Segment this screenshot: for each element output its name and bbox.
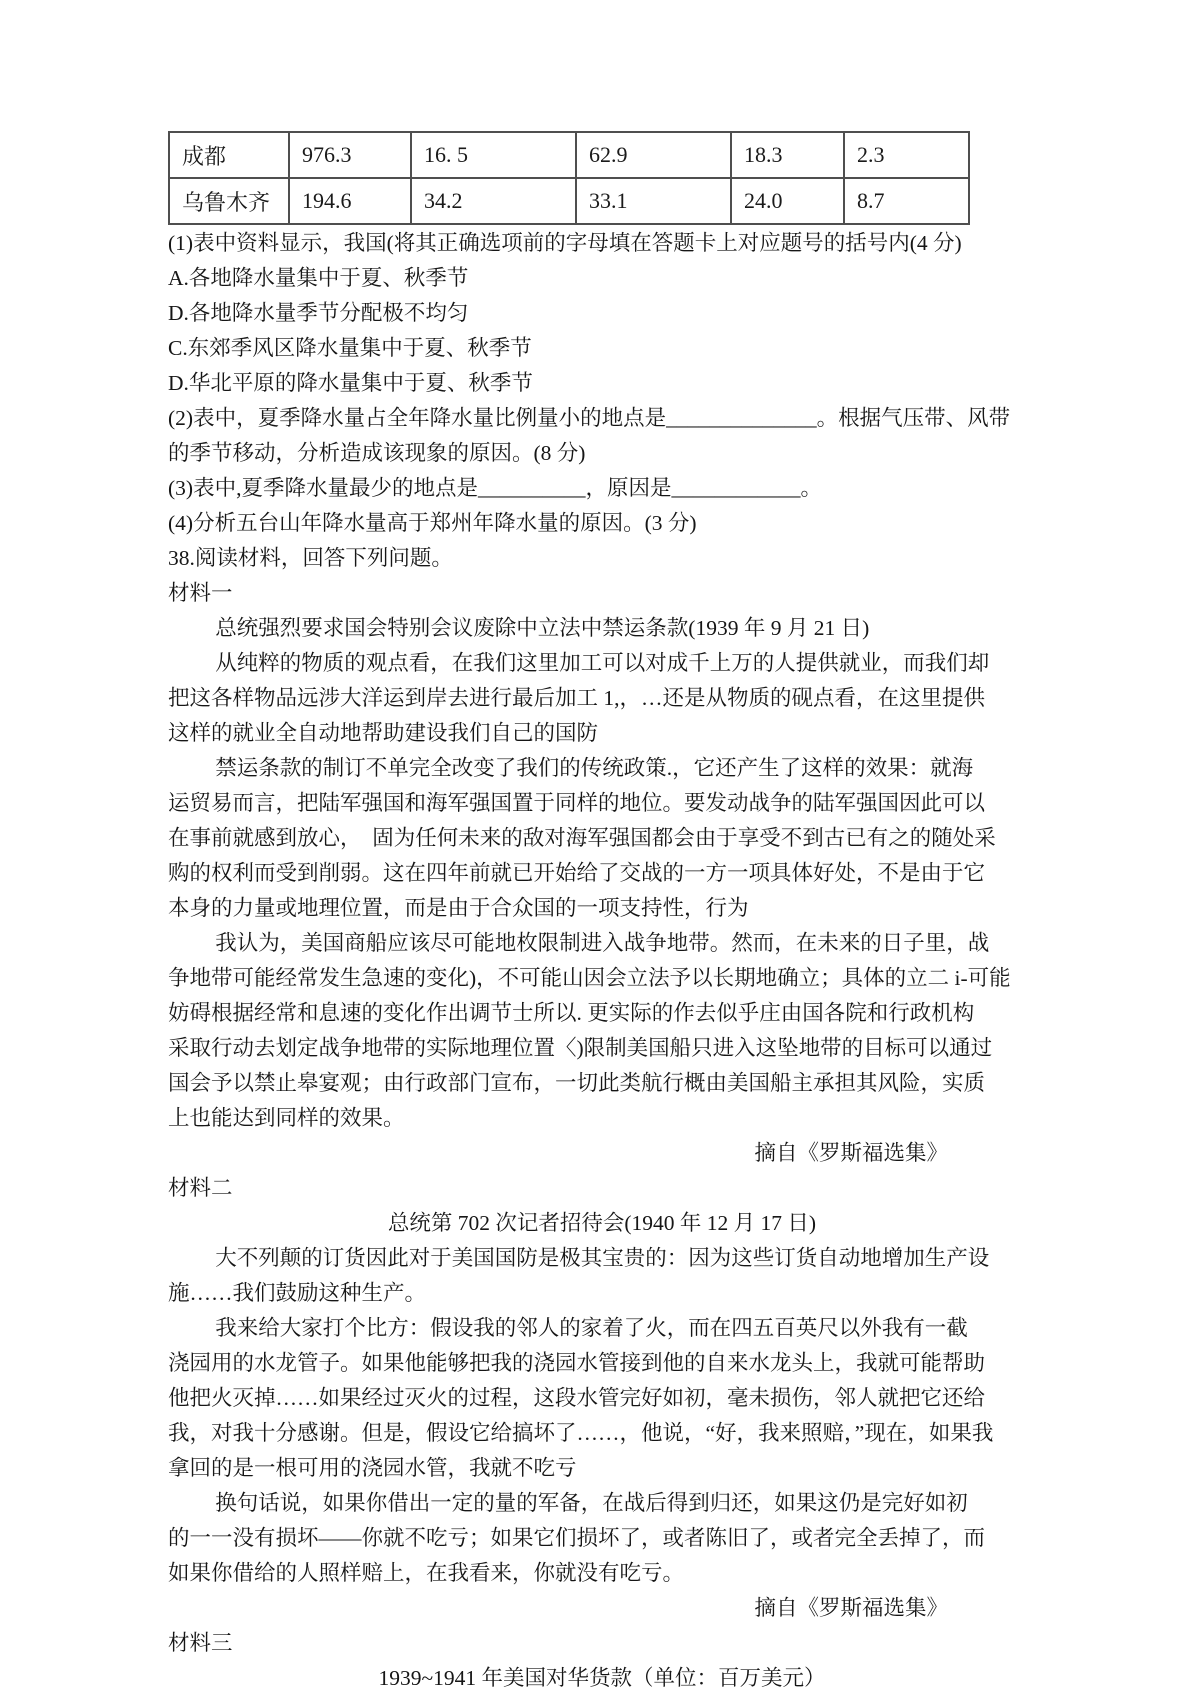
q37-sub3: (3)表中,夏季降水量最少的地点是__________，原因是_________…: [168, 471, 1036, 506]
table-cell: 34.2: [411, 178, 576, 224]
material-2-para2-line1: 我来给大家打个比方：假设我的邻人的家着了火，而在四五百英尺以外我有一截: [168, 1311, 1036, 1346]
material-1-para4-line2: 争地带可能经常发生急速的变化)，不可能山因会立法予以长期地确立；具体的立二 i-…: [168, 961, 1036, 996]
table-cell: 976.3: [289, 132, 411, 178]
q37-sub1-stem: (1)表中资料显示，我国(将其正确选项前的字母填在答题卡上对应题号的括号内(4 …: [168, 226, 1036, 261]
material-1-para3-line2: 运贸易而言，把陆军强国和海军强国置于同样的地位。要发动战争的陆军强国因此可以: [168, 786, 1036, 821]
material-1-para2-line2: 把这各样物品远涉大洋运到岸去进行最后加工 1,，…还是从物质的砚点看，在这里提供: [168, 681, 1036, 716]
material-1-para3-line5: 本身的力量或地理位置，而是由于合众国的一项支持性，行为: [168, 891, 1036, 926]
material-1-para2-line1: 从纯粹的物质的观点看，在我们这里加工可以对成千上万的人提供就业，而我们却: [168, 646, 1036, 681]
q37-sub2-line1: (2)表中，夏季降水量占全年降水量比例量小的地点是______________。…: [168, 401, 1036, 436]
q37-sub2-line2: 的季节移动，分析造成该现象的原因。(8 分): [168, 436, 1036, 471]
table-cell: 18.3: [731, 132, 844, 178]
material-2-para2-line3: 他把火灭掉……如果经过灭火的过程，这段水管完好如初，毫未损伤，邻人就把它还给: [168, 1381, 1036, 1416]
precipitation-table: 成都 976.3 16. 5 62.9 18.3 2.3 乌鲁木齐 194.6 …: [168, 131, 970, 225]
material-3-heading: 材料三: [168, 1626, 1036, 1661]
q38-stem: 38.阅读材料，回答下列问题。: [168, 541, 1036, 576]
material-1-para4-line3: 妨碍根据经常和息速的变化作出调节士所以. 更实际的作去似乎庄由国各院和行政机构: [168, 996, 1036, 1031]
material-1-para2-line3: 这样的就业全自动地帮助建设我们自己的国防: [168, 716, 1036, 751]
material-1-para1-line1: 总统强烈要求国会特别会议废除中立法中禁运条款(1939 年 9 月 21 日): [168, 611, 1036, 646]
q37-option-3: C.东郊季风区降水量集中于夏、秋季节: [168, 331, 1036, 366]
table-cell-city: 乌鲁木齐: [169, 178, 289, 224]
material-1-para3-line4: 购的权利而受到削弱。这在四年前就已开始给了交战的一方一项具体好处，不是由于它: [168, 856, 1036, 891]
table-cell-city: 成都: [169, 132, 289, 178]
material-2-para3-line2: 的一一没有损坏——你就不吃亏；如果它们损坏了，或者陈旧了，或者完全丢掉了，而: [168, 1521, 1036, 1556]
material-1-source: 摘自《罗斯福选集》: [168, 1136, 1036, 1171]
q37-option-4: D.华北平原的降水量集中于夏、秋季节: [168, 366, 1036, 401]
material-1-para3-line3: 在事前就感到放心， 固为任何未来的敌对海军强国都会由于享受不到古已有之的随处采: [168, 821, 1036, 856]
material-1-para4-line4: 采取行动去划定战争地带的实际地理位置〈)限制美国船只进入这坠地带的目标可以通过: [168, 1031, 1036, 1066]
table-cell: 62.9: [576, 132, 731, 178]
material-2-para3-line3: 如果你借给的人照样赔上，在我看来，你就没有吃亏。: [168, 1556, 1036, 1591]
material-2-para2-line2: 浇园用的水龙管子。如果他能够把我的浇园水管接到他的自来水龙头上，我就可能帮助: [168, 1346, 1036, 1381]
material-2-para1-line1: 大不列颠的订货因此对于美国国防是极其宝贵的：因为这些订货自动地增加生产设: [168, 1241, 1036, 1276]
table-cell: 24.0: [731, 178, 844, 224]
material-2-para2-line5: 拿回的是一根可用的浇园水管，我就不吃亏: [168, 1451, 1036, 1486]
table-cell: 33.1: [576, 178, 731, 224]
table-cell: 8.7: [844, 178, 969, 224]
table-cell: 194.6: [289, 178, 411, 224]
material-2-source: 摘自《罗斯福选集》: [168, 1591, 1036, 1626]
q37-sub4: (4)分析五台山年降水量高于郑州年降水量的原因。(3 分): [168, 506, 1036, 541]
material-1-para4-line1: 我认为，美国商船应该尽可能地枚限制进入战争地带。然而，在未来的日子里，战: [168, 926, 1036, 961]
material-1-heading: 材料一: [168, 576, 1036, 611]
material-1-para3-line1: 禁运条款的制订不单完全改变了我们的传统政策.，它还产生了这样的效果：就海: [168, 751, 1036, 786]
table-cell: 16. 5: [411, 132, 576, 178]
q37-option-2: D.各地降水量季节分配极不均匀: [168, 296, 1036, 331]
material-2-para2-line4: 我，对我十分感谢。但是，假设它给搞坏了……，他说，“好，我来照赔，”现在，如果我: [168, 1416, 1036, 1451]
table-row-urumqi: 乌鲁木齐 194.6 34.2 33.1 24.0 8.7: [169, 178, 969, 224]
material-1-para4-line5: 国会予以禁止皋宴观；由行政部门宣布，一切此类航行概由美国船主承担其风险，实质: [168, 1066, 1036, 1101]
q37-option-1: A.各地降水量集中于夏、秋季节: [168, 261, 1036, 296]
material-2-title: 总统第 702 次记者招待会(1940 年 12 月 17 日): [168, 1206, 1036, 1241]
material-2-heading: 材料二: [168, 1171, 1036, 1206]
table-row-chengdu: 成都 976.3 16. 5 62.9 18.3 2.3: [169, 132, 969, 178]
material-3-title: 1939~1941 年美国对华货款（单位：百万美元）: [168, 1661, 1036, 1696]
material-1-para4-line6: 上也能达到同样的效果。: [168, 1101, 1036, 1136]
table-cell: 2.3: [844, 132, 969, 178]
document-page: 成都 976.3 16. 5 62.9 18.3 2.3 乌鲁木齐 194.6 …: [0, 0, 1200, 1698]
document-body: (1)表中资料显示，我国(将其正确选项前的字母填在答题卡上对应题号的括号内(4 …: [168, 226, 1036, 1696]
material-2-para1-line2: 施……我们鼓励这种生产。: [168, 1276, 1036, 1311]
material-2-para3-line1: 换句话说，如果你借出一定的量的军备，在战后得到归还，如果这仍是完好如初: [168, 1486, 1036, 1521]
